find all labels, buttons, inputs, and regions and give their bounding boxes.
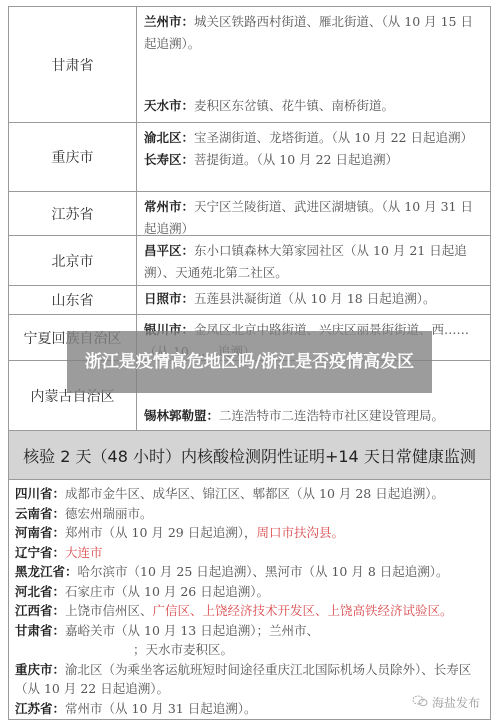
- area-cell: 常州市：天宁区兰陵街道、武进区湖塘镇。（从 10 月 31 日起追溯）: [137, 192, 490, 235]
- city-label: 渝北区：: [144, 130, 194, 145]
- list-text: 成都市金牛区、成华区、锦江区、郫都区（从 10 月 28 日起追溯）。: [65, 486, 444, 501]
- list-text: 常州市（从 10 月 31 日起追溯）。: [65, 701, 256, 716]
- list-text: 石家庄市（从 10 月 26 日起追溯）。: [65, 584, 269, 599]
- city-label: 天水市：: [144, 98, 194, 113]
- province-label: 重庆市：: [15, 662, 65, 677]
- area-cell: 日照市：五莲县洪凝街道（从 10 月 18 日起追溯）。: [137, 286, 490, 314]
- watermark: 海盐发布: [412, 694, 480, 711]
- list-text: 哈尔滨市（10 月 25 日起追溯）、黑河市（从 10 月 8 日起追溯）。: [78, 564, 449, 579]
- table-row: 山东省 日照市：五莲县洪凝街道（从 10 月 18 日起追溯）。: [9, 286, 490, 315]
- area-text: 天宁区兰陵街道、武进区湖塘镇。（从 10 月 31 日起追溯）: [144, 199, 473, 236]
- area-text: 麦积区东岔镇、花牛镇、南桥街道。: [194, 98, 394, 113]
- area-text: 菩提街道。（从 10 月 22 日起追溯）: [194, 152, 398, 167]
- province-label: 四川省：: [15, 486, 65, 501]
- table-row: 甘肃省 兰州市：城关区铁路西村街道、雁北街道、（从 10 月 15 日起追溯）。…: [9, 7, 490, 123]
- table-row: 北京市 昌平区：东小口镇森林大第家园社区（从 10 月 21 日起追溯）、天通苑…: [9, 236, 490, 286]
- city-label: 锡林郭勒盟：: [144, 408, 219, 423]
- list-text: 德宏州瑞丽市。: [65, 506, 153, 521]
- province-cell: 北京市: [9, 236, 137, 285]
- watermark-text: 海盐发布: [432, 694, 480, 711]
- list-item: 四川省：成都市金牛区、成华区、锦江区、郫都区（从 10 月 28 日起追溯）。: [15, 484, 484, 504]
- province-label: 河南省：: [15, 525, 65, 540]
- area-text: 宝圣湖街道、龙塔街道。（从 10 月 22 日起追溯）: [194, 130, 473, 145]
- list-item: 河南省：郑州市（从 10 月 29 日起追溯），周口市扶沟县。: [15, 523, 484, 543]
- list-item: 云南省：德宏州瑞丽市。: [15, 504, 484, 524]
- area-list: 四川省：成都市金牛区、成华区、锦江区、郫都区（从 10 月 28 日起追溯）。 …: [8, 480, 491, 720]
- list-text: 渝北区（为乘坐客运航班短时间途径重庆江北国际机场人员除外）、长寿区（从 10 月…: [15, 662, 471, 697]
- province-label: 云南省：: [15, 506, 65, 521]
- list-text: 郑州市（从 10 月 29 日起追溯），: [65, 525, 256, 540]
- table-row: 江苏省 常州市：天宁区兰陵街道、武进区湖塘镇。（从 10 月 31 日起追溯）: [9, 192, 490, 236]
- province-label: 辽宁省：: [15, 545, 65, 560]
- title-overlay: 浙江是疫情高危地区吗/浙江是否疫情高发区: [67, 331, 432, 393]
- area-cell: 昌平区：东小口镇森林大第家园社区（从 10 月 21 日起追溯）、天通苑北第二社…: [137, 236, 490, 285]
- area-text: 五莲县洪凝街道（从 10 月 18 日起追溯）。: [194, 291, 435, 306]
- province-cell: 甘肃省: [9, 7, 137, 122]
- list-item: 河北省：石家庄市（从 10 月 26 日起追溯）。: [15, 582, 484, 602]
- list-text-red: 大连市: [65, 545, 103, 560]
- province-label: 黑龙江省：: [15, 564, 78, 579]
- city-label: 昌平区：: [144, 243, 194, 258]
- list-item: 重庆市：渝北区（为乘坐客运航班短时间途径重庆江北国际机场人员除外）、长寿区（从 …: [15, 660, 484, 699]
- province-label: 河北省：: [15, 584, 65, 599]
- list-text: 嘉峪关市（从 10 月 13 日起追溯）；兰州市、: [65, 623, 319, 638]
- province-cell: 山东省: [9, 286, 137, 314]
- list-text-red: 广信区、上饶经济技术开发区、上饶高铁经济试验区。: [153, 603, 453, 618]
- list-item: 甘肃省：嘉峪关市（从 10 月 13 日起追溯）；兰州市、；天水市麦积区。: [15, 621, 484, 660]
- province-label: 江苏省：: [15, 701, 65, 716]
- list-item: 黑龙江省：哈尔滨市（10 月 25 日起追溯）、黑河市（从 10 月 8 日起追…: [15, 562, 484, 582]
- area-cell: 渝北区：宝圣湖街道、龙塔街道。（从 10 月 22 日起追溯） 长寿区：菩提街道…: [137, 123, 490, 191]
- section-band-title: 核验 2 天（48 小时）内核酸检测阴性证明+14 天日常健康监测: [8, 430, 491, 480]
- list-item: 辽宁省：大连市: [15, 543, 484, 563]
- list-text-red: 周口市扶沟县。: [256, 525, 344, 540]
- list-text: 上饶市信州区、: [65, 603, 153, 618]
- province-label: 江西省：: [15, 603, 65, 618]
- area-text: 城关区铁路西村街道、雁北街道、（从 10 月 15 日起追溯）。: [144, 14, 473, 51]
- city-label: 长寿区：: [144, 152, 194, 167]
- province-cell: 江苏省: [9, 192, 137, 235]
- wechat-icon: [412, 695, 428, 710]
- city-label: 兰州市：: [144, 14, 194, 29]
- area-cell: 兰州市：城关区铁路西村街道、雁北街道、（从 10 月 15 日起追溯）。 天水市…: [137, 7, 490, 122]
- province-label: 甘肃省：: [15, 623, 65, 638]
- table-row: 重庆市 渝北区：宝圣湖街道、龙塔街道。（从 10 月 22 日起追溯） 长寿区：…: [9, 123, 490, 192]
- city-label: 常州市：: [144, 199, 194, 214]
- city-label: 日照市：: [144, 291, 194, 306]
- list-text-continued: ；天水市麦积区。: [15, 640, 484, 660]
- list-item: 江西省：上饶市信州区、广信区、上饶经济技术开发区、上饶高铁经济试验区。: [15, 601, 484, 621]
- province-cell: 重庆市: [9, 123, 137, 191]
- area-text: 二连浩特市二连浩特市社区建设管理局。: [219, 408, 444, 423]
